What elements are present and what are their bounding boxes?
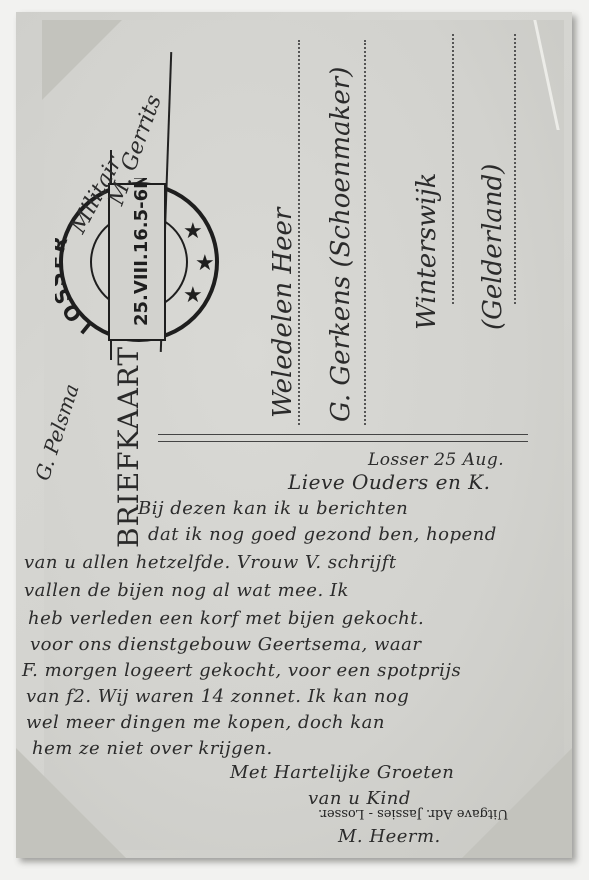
postmark-date: 25.VIII.16.5-6N (131, 178, 152, 326)
address-line-3 (452, 34, 454, 304)
message-line: vallen de bijen nog al wat mee. Ik (24, 580, 349, 601)
star-icon: ★ (183, 219, 203, 244)
message-line: hem ze niet over krijgen. (32, 738, 273, 759)
message-line: heb verleden een korf met bijen gekocht. (28, 608, 424, 629)
address-town: Winterswijk (412, 173, 442, 330)
photo-corner-bottom-left (16, 748, 126, 858)
message-salutation: Lieve Ouders en K. (288, 470, 490, 494)
divider-line-bottom (158, 441, 528, 442)
star-icon: ★ (183, 283, 203, 308)
publisher-imprint: Uitgave Adr. Jassies - Losser. (318, 806, 508, 821)
photo-corner-bottom-right (462, 748, 572, 858)
paper-crease (533, 20, 559, 130)
message-closing: Met Hartelijke Groeten (230, 762, 454, 783)
message-signature: M. Heerm. (338, 826, 441, 847)
photo-corner-top-left (42, 20, 122, 100)
message-line: wel meer dingen me kopen, doch kan (26, 712, 385, 733)
star-icon: ★ (195, 251, 215, 276)
address-recipient-title: Weledelen Heer (268, 208, 298, 418)
message-line: Bij dezen kan ik u berichten (138, 498, 408, 519)
address-line-2 (364, 40, 366, 425)
divider-line-top (158, 434, 528, 435)
message-line: voor ons dienstgebouw Geertsema, waar (30, 634, 421, 655)
postmark-town: LOSSER (55, 232, 97, 339)
message-place-date: Losser 25 Aug. (368, 450, 504, 470)
address-province: (Gelderland) (478, 164, 508, 330)
address-line-1 (298, 40, 300, 425)
message-line: dat ik nog goed gezond ben, hopend (148, 524, 497, 545)
svg-text:LOSSER: LOSSER (55, 232, 97, 339)
address-recipient-name: G. Gerkens (Schoenmaker) (326, 67, 356, 422)
message-line: van f2. Wij waren 14 zonnet. Ik kan nog (26, 686, 409, 707)
address-line-4 (514, 34, 516, 304)
message-line: van u allen hetzelfde. Vrouw V. schrijft (24, 552, 397, 573)
message-line: F. morgen logeert gekocht, voor een spot… (22, 660, 461, 681)
